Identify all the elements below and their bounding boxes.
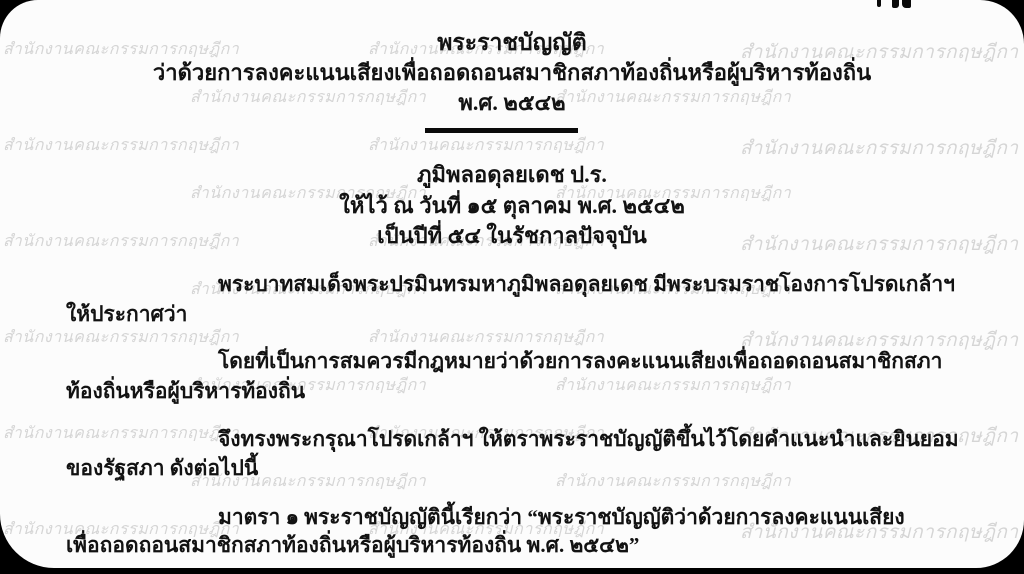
- date-given-line: ให้ไว้ ณ วันที่ ๑๕ ตุลาคม พ.ศ. ๒๕๔๒: [0, 193, 1024, 218]
- title-divider-rule: [425, 128, 578, 133]
- paragraph-line: พระบาทสมเด็จพระปรมินทรมหาภูมิพลอดุลยเดช …: [218, 272, 955, 296]
- document-text: พระราชบัญญัติ ว่าด้วยการลงคะแนนเสียงเพื่…: [0, 0, 1024, 568]
- viewer-frame: สำนักงานคณะกรรมการกฤษฎีกาสำนักงานคณะกรรม…: [0, 0, 1024, 574]
- paragraph-line: โดยที่เป็นการสมควรมีกฎหมายว่าด้วยการลงคะ…: [218, 349, 942, 373]
- paragraph-line: ให้ประกาศว่า: [66, 302, 187, 326]
- document-page: สำนักงานคณะกรรมการกฤษฎีกาสำนักงานคณะกรรม…: [0, 0, 1024, 568]
- cut-off-glyph-fragment: [877, 0, 881, 7]
- paragraph-line: เพื่อถอดถอนสมาชิกสภาท้องถิ่นหรือผู้บริหา…: [66, 533, 639, 557]
- reign-year-line: เป็นปีที่ ๕๔ ในรัชกาลปัจจุบัน: [0, 223, 1024, 248]
- paragraph-line: ของรัฐสภา ดังต่อไปนี้: [66, 456, 258, 480]
- royal-signatory: ภูมิพลอดุลยเดช ป.ร.: [0, 162, 1024, 187]
- act-title: พระราชบัญญัติ: [0, 30, 1024, 56]
- act-year: พ.ศ. ๒๕๔๒: [0, 90, 1024, 115]
- paragraph-line: จึงทรงพระกรุณาโปรดเกล้าฯ ให้ตราพระราชบัญ…: [218, 427, 959, 451]
- cut-off-glyph-fragment: [892, 0, 899, 8]
- paragraph-line: ท้องถิ่นหรือผู้บริหารท้องถิ่น: [66, 379, 305, 403]
- paragraph-line: มาตรา ๑ พระราชบัญญัตินี้เรียกว่า “พระราช…: [218, 505, 905, 529]
- cut-off-glyph-fragment: [902, 0, 911, 8]
- act-subject: ว่าด้วยการลงคะแนนเสียงเพื่อถอดถอนสมาชิกส…: [0, 60, 1024, 85]
